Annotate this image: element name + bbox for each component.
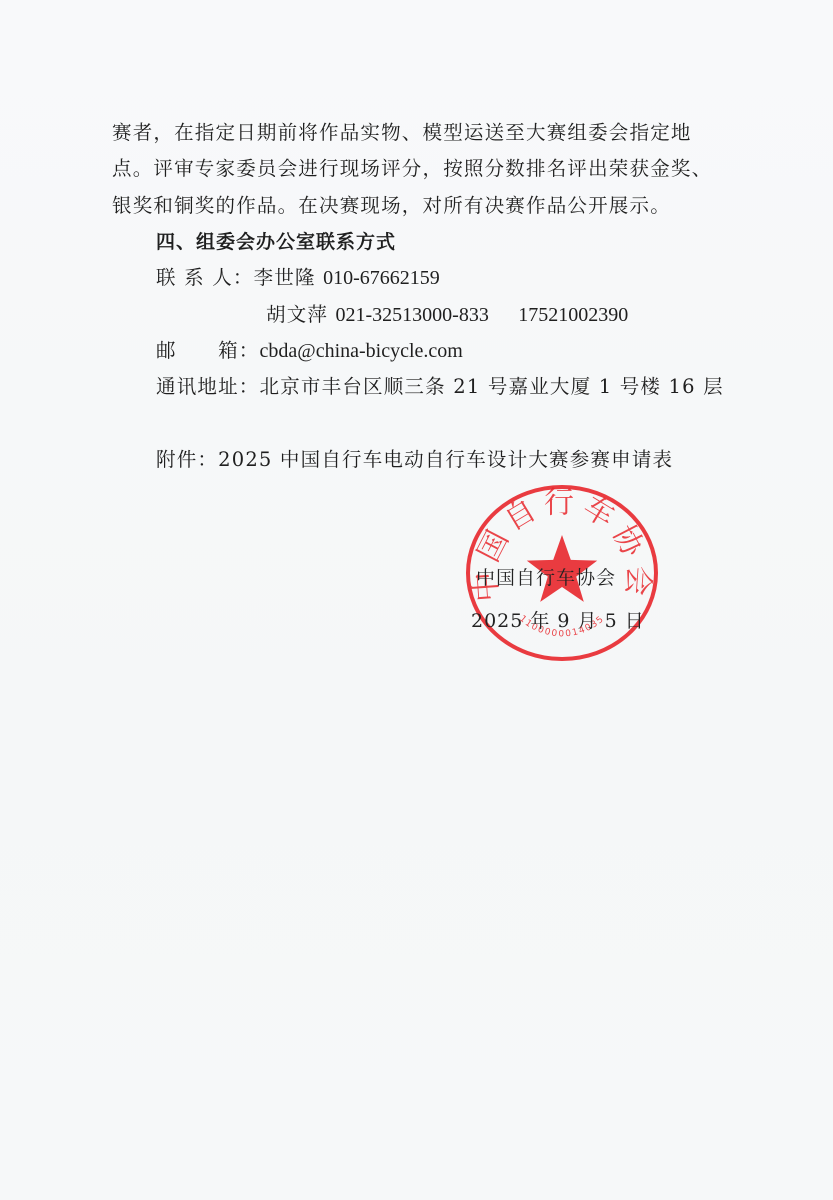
contact-phone-2: 021-32513000-833	[336, 304, 489, 326]
contact-row-2: 胡文萍 021-32513000-833 17521002390	[266, 303, 628, 327]
section-heading: 四、组委会办公室联系方式	[156, 230, 396, 254]
contact-label: 联 系 人：	[156, 266, 254, 290]
paragraph-line-3: 银奖和铜奖的作品。在决赛现场，对所有决赛作品公开展示。	[112, 194, 671, 218]
contact-phone-1: 010-67662159	[323, 267, 440, 289]
contact-name-1: 李世隆	[254, 266, 316, 289]
signature-organization: 中国自行车协会	[476, 566, 616, 590]
contact-name-2: 胡文萍	[266, 303, 328, 326]
address-label: 通讯地址：	[156, 375, 260, 399]
attachment-row: 附件：2025 中国自行车电动自行车设计大赛参赛申请表	[156, 448, 673, 472]
attachment-label: 附件：	[156, 448, 218, 472]
document-page: 赛者，在指定日期前将作品实物、模型运送至大赛组委会指定地 点。评审专家委员会进行…	[0, 0, 833, 1200]
address-value: 北京市丰台区顺三条 21 号嘉业大厦 1 号楼 16 层	[260, 375, 724, 398]
signature-date: 2025 年 9 月 5 日	[471, 609, 645, 633]
address-row: 通讯地址：北京市丰台区顺三条 21 号嘉业大厦 1 号楼 16 层	[156, 375, 724, 399]
email-label: 邮 箱：	[156, 339, 260, 363]
contact-row-1: 联 系 人：李世隆 010-67662159	[156, 266, 440, 290]
paragraph-line-2: 点。评审专家委员会进行现场评分，按照分数排名评出荣获金奖、	[112, 157, 712, 181]
attachment-value: 2025 中国自行车电动自行车设计大赛参赛申请表	[218, 448, 673, 471]
email-row: 邮 箱：cbda@china-bicycle.com	[156, 339, 463, 363]
contact-mobile-2: 17521002390	[518, 304, 628, 326]
email-value[interactable]: cbda@china-bicycle.com	[260, 340, 463, 362]
paragraph-line-1: 赛者，在指定日期前将作品实物、模型运送至大赛组委会指定地	[112, 121, 692, 145]
